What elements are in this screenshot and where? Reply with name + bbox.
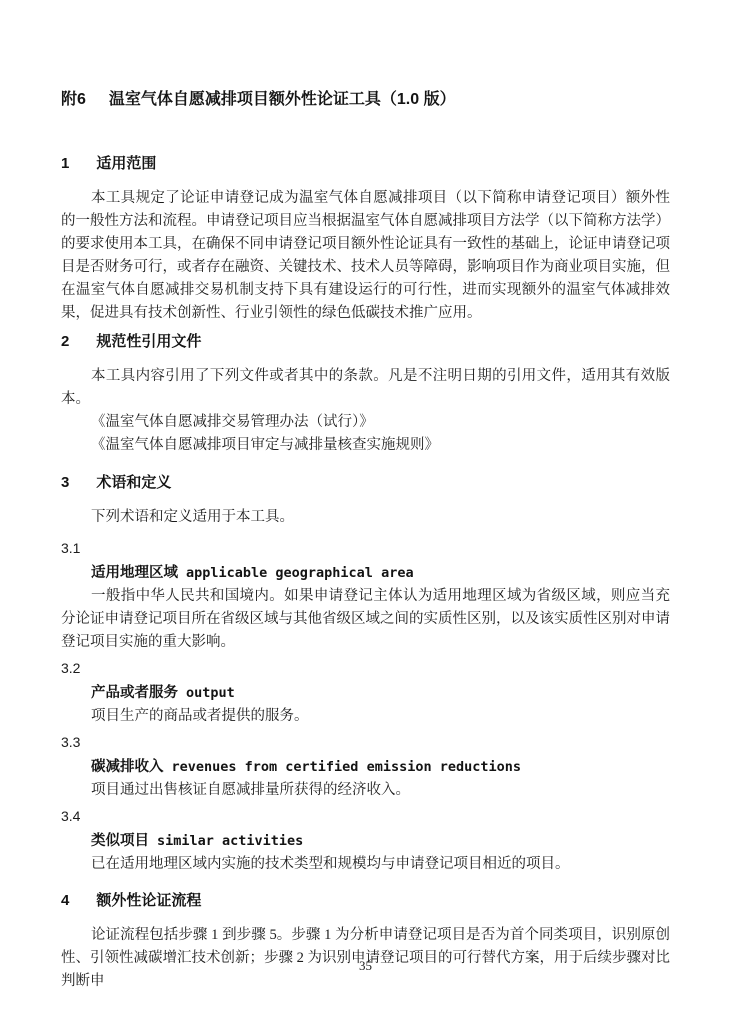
term-3-3-zh: 碳减排收入 bbox=[91, 759, 164, 775]
term-3-3-number: 3.3 bbox=[61, 731, 670, 754]
section-4-title: 额外性论证流程 bbox=[96, 892, 201, 909]
term-3-4-en: similar activities bbox=[157, 833, 303, 849]
section-2-number: 2 bbox=[61, 333, 69, 350]
page-number: 35 bbox=[0, 957, 731, 975]
section-3-heading: 3术语和定义 bbox=[61, 472, 670, 494]
term-3-1-zh: 适用地理区域 bbox=[91, 565, 178, 581]
term-3-2-definition: 项目生产的商品或者提供的服务。 bbox=[61, 705, 670, 728]
term-3-1-number: 3.1 bbox=[61, 537, 670, 560]
term-3-4-number: 3.4 bbox=[61, 805, 670, 828]
document-title-text: 温室气体自愿减排项目额外性论证工具（1.0 版） bbox=[109, 91, 456, 108]
term-3-2-name: 产品或者服务output bbox=[61, 682, 670, 705]
document-title: 附6温室气体自愿减排项目额外性论证工具（1.0 版） bbox=[61, 89, 670, 111]
term-3-2-en: output bbox=[186, 685, 235, 701]
term-3-4-zh: 类似项目 bbox=[91, 833, 149, 849]
term-3-2-number: 3.2 bbox=[61, 657, 670, 680]
section-3-number: 3 bbox=[61, 474, 69, 491]
section-4-heading: 4额外性论证流程 bbox=[61, 890, 670, 912]
term-3-4-name: 类似项目similar activities bbox=[61, 830, 670, 853]
section-4-number: 4 bbox=[61, 892, 69, 909]
section-1-title: 适用范围 bbox=[96, 155, 156, 172]
section-3-title: 术语和定义 bbox=[96, 474, 171, 491]
term-3-2-zh: 产品或者服务 bbox=[91, 685, 178, 701]
reference-item-1: 《温室气体自愿减排交易管理办法（试行）》 bbox=[61, 411, 670, 434]
term-3-1-definition: 一般指中华人民共和国境内。如果申请登记主体认为适用地理区域为省级区域，则应当充分… bbox=[61, 585, 670, 654]
term-3-1-name: 适用地理区域applicable geographical area bbox=[61, 562, 670, 585]
term-3-3-name: 碳减排收入revenues from certified emission re… bbox=[61, 756, 670, 779]
term-3-3-en: revenues from certified emission reducti… bbox=[172, 759, 522, 775]
section-2-paragraph: 本工具内容引用了下列文件或者其中的条款。凡是不注明日期的引用文件，适用其有效版本… bbox=[61, 365, 670, 411]
section-3-intro: 下列术语和定义适用于本工具。 bbox=[61, 506, 670, 529]
section-2-title: 规范性引用文件 bbox=[96, 333, 201, 350]
term-3-4-definition: 已在适用地理区域内实施的技术类型和规模均与申请登记项目相近的项目。 bbox=[61, 853, 670, 876]
document-page: 附6温室气体自愿减排项目额外性论证工具（1.0 版） 1适用范围 本工具规定了论… bbox=[0, 0, 731, 1032]
term-3-3-definition: 项目通过出售核证自愿减排量所获得的经济收入。 bbox=[61, 779, 670, 802]
term-3-1-en: applicable geographical area bbox=[186, 565, 414, 581]
reference-item-2: 《温室气体自愿减排项目审定与减排量核查实施规则》 bbox=[61, 434, 670, 457]
section-1-paragraph: 本工具规定了论证申请登记成为温室气体自愿减排项目（以下简称申请登记项目）额外性的… bbox=[61, 187, 670, 325]
section-2-heading: 2规范性引用文件 bbox=[61, 331, 670, 353]
section-1-number: 1 bbox=[61, 155, 69, 172]
section-1-heading: 1适用范围 bbox=[61, 153, 670, 175]
document-title-number: 附6 bbox=[61, 91, 86, 108]
